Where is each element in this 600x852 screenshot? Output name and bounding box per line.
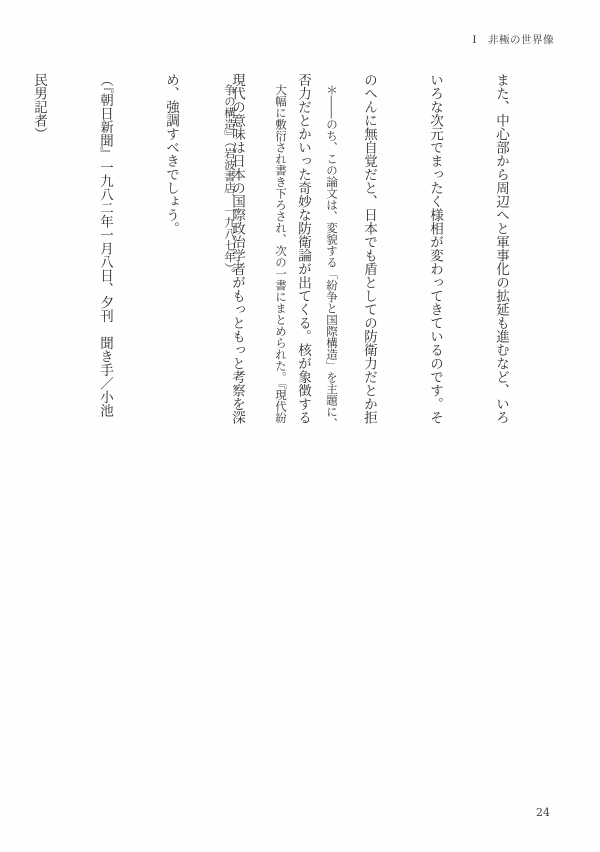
text-column-1: また、中心部から周辺へと軍事化の拡延も進むなど、いろ: [490, 73, 512, 429]
page-number: 24: [536, 806, 550, 819]
text-column-7: （『朝日新聞』一九八二年一月八日、夕刊 聞き手／小池: [94, 73, 116, 429]
text-column-6: め、強調すべきでしょう。: [160, 73, 182, 429]
running-header: I 非極の世界像: [472, 32, 554, 47]
text-column-8: 民男記者）: [28, 73, 50, 429]
footnote-column-2: 大幅に敷衍され書き下ろされ、次の一書にまとめられた。『現代紛: [272, 84, 289, 432]
footnote-column-3: 争の構造』（岩波書店、一九八七年）。: [221, 84, 238, 432]
footnote-column-1: ＊――のち、この論文は、変貌する「紛争と国際構造」を主題に、: [323, 84, 340, 432]
text-column-2: いろな次元でまったく様相が変わってきているのです。そ: [424, 73, 446, 429]
footnote-block: ＊――のち、この論文は、変貌する「紛争と国際構造」を主題に、 大幅に敷衍され書き…: [187, 84, 374, 432]
book-page: I 非極の世界像 また、中心部から周辺へと軍事化の拡延も進むなど、いろ いろな次…: [0, 0, 600, 852]
